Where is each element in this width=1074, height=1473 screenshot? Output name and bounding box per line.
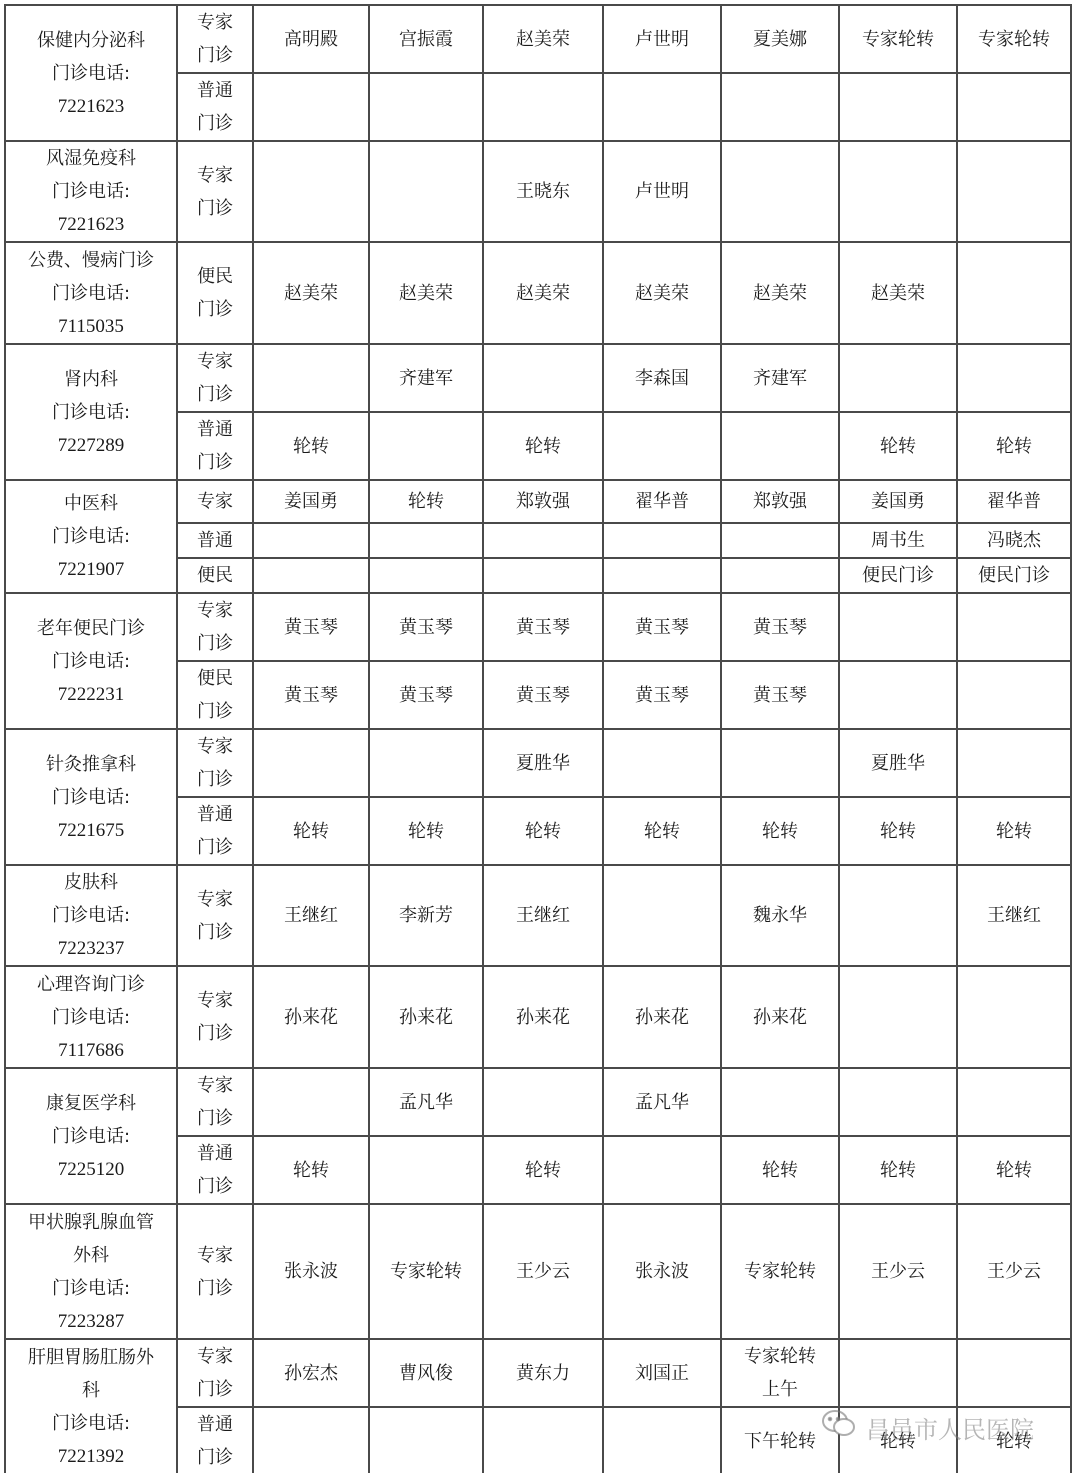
doctor-name: 上午 xyxy=(722,1373,838,1406)
doctor-name: 曹风俊 xyxy=(399,1363,453,1384)
clinic-type-label: 普通 xyxy=(178,798,252,831)
table-row: 肾内科门诊电话:7227289专家门诊齐建军李森国齐建军 xyxy=(5,344,1071,412)
department-name: 公费、慢病门诊 xyxy=(6,244,176,277)
phone-number: 7115035 xyxy=(6,310,176,343)
department-cell: 老年便民门诊门诊电话:7222231 xyxy=(5,593,177,729)
schedule-cell: 轮转 xyxy=(839,797,957,865)
doctor-name: 张永波 xyxy=(284,1261,338,1282)
doctor-name: 孙来花 xyxy=(635,1007,689,1028)
department-cell: 心理咨询门诊门诊电话:7117686 xyxy=(5,966,177,1068)
schedule-cell: 黄玉琴 xyxy=(483,593,603,661)
schedule-cell: 轮转 xyxy=(957,797,1071,865)
doctor-name: 姜国勇 xyxy=(871,491,925,512)
schedule-cell xyxy=(253,523,369,558)
schedule-cell xyxy=(839,344,957,412)
doctor-name: 卢世明 xyxy=(635,29,689,50)
clinic-type-label: 门诊 xyxy=(178,293,252,326)
schedule-cell: 轮转 xyxy=(369,480,483,523)
schedule-cell: 下午轮转 xyxy=(721,1407,839,1473)
schedule-cell xyxy=(957,73,1071,141)
schedule-cell: 黄玉琴 xyxy=(483,661,603,729)
schedule-cell xyxy=(839,73,957,141)
department-name: 针灸推拿科 xyxy=(6,748,176,781)
doctor-name: 夏美娜 xyxy=(753,29,807,50)
doctor-name: 赵美荣 xyxy=(516,29,570,50)
schedule-cell: 赵美荣 xyxy=(253,242,369,344)
doctor-name: 黄玉琴 xyxy=(753,617,807,638)
schedule-cell: 王继红 xyxy=(253,865,369,966)
doctor-name: 李森国 xyxy=(635,368,689,389)
clinic-type-cell: 专家门诊 xyxy=(177,1204,253,1339)
doctor-name: 孙宏杰 xyxy=(284,1363,338,1384)
phone-label: 门诊电话: xyxy=(6,645,176,678)
doctor-name: 赵美荣 xyxy=(399,283,453,304)
clinic-type-label: 门诊 xyxy=(178,1441,252,1473)
department-name: 心理咨询门诊 xyxy=(6,968,176,1001)
clinic-type-label: 便民 xyxy=(178,662,252,695)
schedule-cell: 轮转 xyxy=(253,412,369,480)
clinic-type-label: 门诊 xyxy=(178,1102,252,1135)
clinic-type-label: 专家 xyxy=(178,1069,252,1102)
clinic-type-cell: 便民门诊 xyxy=(177,661,253,729)
table-row: 公费、慢病门诊门诊电话:7115035便民门诊赵美荣赵美荣赵美荣赵美荣赵美荣赵美… xyxy=(5,242,1071,344)
clinic-type-label: 门诊 xyxy=(178,1170,252,1203)
department-cell: 康复医学科门诊电话:7225120 xyxy=(5,1068,177,1204)
schedule-cell xyxy=(957,1339,1071,1407)
schedule-cell xyxy=(721,558,839,593)
schedule-cell xyxy=(839,1339,957,1407)
doctor-name: 轮转 xyxy=(996,1431,1032,1452)
schedule-cell: 赵美荣 xyxy=(721,242,839,344)
schedule-cell xyxy=(369,1136,483,1204)
schedule-cell xyxy=(253,1407,369,1473)
schedule-cell: 便民门诊 xyxy=(957,558,1071,593)
doctor-name: 轮转 xyxy=(996,436,1032,457)
schedule-cell xyxy=(839,141,957,242)
schedule-cell xyxy=(253,729,369,797)
schedule-cell xyxy=(839,593,957,661)
schedule-cell xyxy=(603,865,721,966)
phone-number: 7223237 xyxy=(6,932,176,965)
schedule-cell: 李森国 xyxy=(603,344,721,412)
clinic-type-cell: 专家门诊 xyxy=(177,344,253,412)
schedule-cell xyxy=(603,729,721,797)
department-cell: 公费、慢病门诊门诊电话:7115035 xyxy=(5,242,177,344)
doctor-name: 李新芳 xyxy=(399,905,453,926)
department-cell: 中医科门诊电话:7221907 xyxy=(5,480,177,593)
doctor-name: 轮转 xyxy=(996,1160,1032,1181)
schedule-cell xyxy=(957,242,1071,344)
doctor-name: 轮转 xyxy=(762,821,798,842)
schedule-cell: 郑敦强 xyxy=(721,480,839,523)
doctor-name: 齐建军 xyxy=(399,368,453,389)
schedule-cell: 黄玉琴 xyxy=(603,593,721,661)
phone-label: 门诊电话: xyxy=(6,175,176,208)
clinic-type-cell: 普通门诊 xyxy=(177,1136,253,1204)
schedule-cell xyxy=(253,141,369,242)
schedule-cell: 赵美荣 xyxy=(483,242,603,344)
schedule-cell: 轮转 xyxy=(603,797,721,865)
doctor-name: 轮转 xyxy=(880,1431,916,1452)
schedule-cell: 轮转 xyxy=(483,1136,603,1204)
clinic-type-label: 门诊 xyxy=(178,446,252,479)
clinic-type-label: 普通 xyxy=(178,1408,252,1441)
clinic-type-cell: 普通 xyxy=(177,523,253,558)
schedule-cell: 轮转 xyxy=(253,1136,369,1204)
clinic-type-cell: 便民门诊 xyxy=(177,242,253,344)
clinic-type-label: 普通 xyxy=(178,74,252,107)
table-row: 针灸推拿科门诊电话:7221675专家门诊夏胜华夏胜华 xyxy=(5,729,1071,797)
schedule-cell: 黄玉琴 xyxy=(603,661,721,729)
schedule-cell: 冯晓杰 xyxy=(957,523,1071,558)
schedule-cell: 黄玉琴 xyxy=(253,661,369,729)
schedule-cell xyxy=(957,141,1071,242)
clinic-type-label: 门诊 xyxy=(178,378,252,411)
schedule-cell: 卢世明 xyxy=(603,5,721,73)
clinic-type-label: 专家 xyxy=(178,159,252,192)
table-row: 甲状腺乳腺血管外科门诊电话:7223287专家门诊张永波专家轮转王少云张永波专家… xyxy=(5,1204,1071,1339)
doctor-name: 王晓东 xyxy=(516,181,570,202)
doctor-name: 轮转 xyxy=(762,1160,798,1181)
clinic-type-cell: 专家门诊 xyxy=(177,593,253,661)
doctor-name: 轮转 xyxy=(293,436,329,457)
schedule-cell: 夏胜华 xyxy=(483,729,603,797)
schedule-cell: 王晓东 xyxy=(483,141,603,242)
schedule-cell: 宫振霞 xyxy=(369,5,483,73)
phone-label: 门诊电话: xyxy=(6,1407,176,1440)
schedule-cell xyxy=(603,73,721,141)
schedule-cell xyxy=(721,729,839,797)
schedule-cell: 黄玉琴 xyxy=(721,661,839,729)
schedule-cell: 轮转 xyxy=(721,797,839,865)
schedule-cell: 卢世明 xyxy=(603,141,721,242)
department-cell: 针灸推拿科门诊电话:7221675 xyxy=(5,729,177,865)
doctor-name: 黄东力 xyxy=(516,1363,570,1384)
schedule-cell: 魏永华 xyxy=(721,865,839,966)
phone-number: 7222231 xyxy=(6,678,176,711)
schedule-cell xyxy=(253,558,369,593)
doctor-name: 夏胜华 xyxy=(516,753,570,774)
schedule-cell: 翟华普 xyxy=(957,480,1071,523)
doctor-name: 孙来花 xyxy=(284,1007,338,1028)
schedule-cell xyxy=(839,865,957,966)
schedule-cell: 轮转 xyxy=(369,797,483,865)
schedule-cell: 专家轮转 xyxy=(369,1204,483,1339)
table-row: 老年便民门诊门诊电话:7222231专家门诊黄玉琴黄玉琴黄玉琴黄玉琴黄玉琴 xyxy=(5,593,1071,661)
schedule-cell xyxy=(483,1407,603,1473)
doctor-name: 孟凡华 xyxy=(635,1092,689,1113)
schedule-cell xyxy=(721,412,839,480)
schedule-cell: 专家轮转上午 xyxy=(721,1339,839,1407)
schedule-cell: 姜国勇 xyxy=(839,480,957,523)
phone-number: 7223287 xyxy=(6,1305,176,1338)
schedule-cell: 黄玉琴 xyxy=(369,661,483,729)
clinic-type-label: 专家 xyxy=(178,345,252,378)
doctor-name: 专家轮转 xyxy=(722,1340,838,1373)
schedule-cell xyxy=(721,141,839,242)
clinic-type-cell: 专家门诊 xyxy=(177,1339,253,1407)
schedule-cell: 轮转 xyxy=(839,1407,957,1473)
schedule-cell xyxy=(957,661,1071,729)
schedule-cell xyxy=(603,558,721,593)
schedule-cell xyxy=(369,558,483,593)
department-cell: 风湿免疫科门诊电话:7221623 xyxy=(5,141,177,242)
clinic-type-label: 门诊 xyxy=(178,1272,252,1305)
schedule-cell: 轮转 xyxy=(957,1136,1071,1204)
department-name: 甲状腺乳腺血管 xyxy=(6,1206,176,1239)
schedule-cell xyxy=(483,73,603,141)
phone-label: 门诊电话: xyxy=(6,57,176,90)
phone-number: 7225120 xyxy=(6,1153,176,1186)
clinic-type-cell: 普通门诊 xyxy=(177,797,253,865)
schedule-cell: 轮转 xyxy=(483,797,603,865)
schedule-cell: 黄玉琴 xyxy=(721,593,839,661)
schedule-cell xyxy=(957,344,1071,412)
schedule-cell: 郑敦强 xyxy=(483,480,603,523)
doctor-name: 赵美荣 xyxy=(753,283,807,304)
clinic-type-label: 门诊 xyxy=(178,763,252,796)
schedule-cell: 王继红 xyxy=(957,865,1071,966)
schedule-cell xyxy=(369,1407,483,1473)
doctor-name: 黄玉琴 xyxy=(753,685,807,706)
clinic-type-label: 门诊 xyxy=(178,916,252,949)
schedule-cell: 孙来花 xyxy=(721,966,839,1068)
department-name: 风湿免疫科 xyxy=(6,142,176,175)
phone-number: 7117686 xyxy=(6,1034,176,1067)
doctor-name: 轮转 xyxy=(880,436,916,457)
schedule-cell xyxy=(603,412,721,480)
doctor-name: 黄玉琴 xyxy=(284,685,338,706)
doctor-name: 黄玉琴 xyxy=(516,617,570,638)
department-name: 康复医学科 xyxy=(6,1087,176,1120)
clinic-type-label: 门诊 xyxy=(178,39,252,72)
doctor-name: 王继红 xyxy=(516,905,570,926)
schedule-cell xyxy=(369,73,483,141)
department-name: 皮肤科 xyxy=(6,866,176,899)
department-name: 肝胆胃肠肛肠外 xyxy=(6,1341,176,1374)
schedule-cell xyxy=(483,1068,603,1136)
doctor-name: 黄玉琴 xyxy=(635,685,689,706)
doctor-name: 齐建军 xyxy=(753,368,807,389)
doctor-name: 高明殿 xyxy=(284,29,338,50)
doctor-name: 专家轮转 xyxy=(862,29,934,50)
schedule-cell: 孙来花 xyxy=(369,966,483,1068)
phone-number: 7227289 xyxy=(6,429,176,462)
schedule-cell xyxy=(369,729,483,797)
doctor-name: 夏胜华 xyxy=(871,753,925,774)
phone-number: 7221623 xyxy=(6,208,176,241)
schedule-cell: 黄玉琴 xyxy=(369,593,483,661)
doctor-name: 赵美荣 xyxy=(635,283,689,304)
schedule-cell: 张永波 xyxy=(603,1204,721,1339)
clinic-type-label: 门诊 xyxy=(178,192,252,225)
department-cell: 皮肤科门诊电话:7223237 xyxy=(5,865,177,966)
clinic-type-label: 便民 xyxy=(178,260,252,293)
doctor-name: 王继红 xyxy=(284,905,338,926)
schedule-cell: 赵美荣 xyxy=(839,242,957,344)
doctor-name: 魏永华 xyxy=(753,905,807,926)
phone-label: 门诊电话: xyxy=(6,1001,176,1034)
clinic-type-cell: 专家门诊 xyxy=(177,1068,253,1136)
schedule-cell xyxy=(603,523,721,558)
clinic-type-label: 专家 xyxy=(178,1340,252,1373)
schedule-cell: 孙来花 xyxy=(603,966,721,1068)
clinic-type-label: 便民 xyxy=(178,559,252,592)
schedule-cell: 高明殿 xyxy=(253,5,369,73)
doctor-name: 黄玉琴 xyxy=(284,617,338,638)
schedule-cell: 赵美荣 xyxy=(603,242,721,344)
clinic-type-cell: 普通门诊 xyxy=(177,1407,253,1473)
schedule-cell: 刘国正 xyxy=(603,1339,721,1407)
schedule-cell xyxy=(957,1068,1071,1136)
schedule-cell: 王少云 xyxy=(839,1204,957,1339)
department-name: 中医科 xyxy=(6,487,176,520)
phone-number: 7221392 xyxy=(6,1440,176,1473)
doctor-name: 便民门诊 xyxy=(862,565,934,586)
schedule-cell xyxy=(483,344,603,412)
schedule-cell: 孙来花 xyxy=(253,966,369,1068)
schedule-cell: 李新芳 xyxy=(369,865,483,966)
schedule-cell xyxy=(839,966,957,1068)
schedule-cell: 轮转 xyxy=(483,412,603,480)
schedule-cell: 周书生 xyxy=(839,523,957,558)
schedule-cell xyxy=(253,1068,369,1136)
department-cell: 甲状腺乳腺血管外科门诊电话:7223287 xyxy=(5,1204,177,1339)
phone-number: 7221675 xyxy=(6,814,176,847)
doctor-name: 轮转 xyxy=(408,491,444,512)
clinic-type-label: 普通 xyxy=(178,1137,252,1170)
schedule-cell xyxy=(369,523,483,558)
doctor-name: 周书生 xyxy=(871,530,925,551)
doctor-name: 轮转 xyxy=(644,821,680,842)
schedule-cell: 齐建军 xyxy=(369,344,483,412)
schedule-cell xyxy=(369,412,483,480)
schedule-cell: 赵美荣 xyxy=(369,242,483,344)
doctor-name: 便民门诊 xyxy=(978,565,1050,586)
doctor-name: 轮转 xyxy=(525,436,561,457)
doctor-name: 轮转 xyxy=(525,821,561,842)
phone-label: 门诊电话: xyxy=(6,396,176,429)
table-row: 康复医学科门诊电话:7225120专家门诊孟凡华孟凡华 xyxy=(5,1068,1071,1136)
schedule-cell: 专家轮转 xyxy=(957,5,1071,73)
schedule-cell xyxy=(957,593,1071,661)
schedule-cell: 孟凡华 xyxy=(603,1068,721,1136)
clinic-type-label: 专家 xyxy=(178,883,252,916)
schedule-cell xyxy=(957,729,1071,797)
doctor-name: 轮转 xyxy=(408,821,444,842)
clinic-type-label: 普通 xyxy=(178,524,252,557)
table-row: 肝胆胃肠肛肠外科门诊电话:7221392专家门诊孙宏杰曹风俊黄东力刘国正专家轮转… xyxy=(5,1339,1071,1407)
table-row: 皮肤科门诊电话:7223237专家门诊王继红李新芳王继红魏永华王继红 xyxy=(5,865,1071,966)
schedule-cell xyxy=(957,966,1071,1068)
schedule-cell: 孟凡华 xyxy=(369,1068,483,1136)
clinic-type-label: 门诊 xyxy=(178,695,252,728)
schedule-cell xyxy=(603,1136,721,1204)
doctor-name: 轮转 xyxy=(880,821,916,842)
clinic-type-cell: 普通门诊 xyxy=(177,73,253,141)
schedule-cell: 王少云 xyxy=(957,1204,1071,1339)
clinic-type-cell: 专家 xyxy=(177,480,253,523)
doctor-name: 黄玉琴 xyxy=(516,685,570,706)
doctor-name: 张永波 xyxy=(635,1261,689,1282)
clinic-type-label: 门诊 xyxy=(178,107,252,140)
schedule-cell xyxy=(483,558,603,593)
doctor-name: 郑敦强 xyxy=(516,491,570,512)
clinic-type-label: 专家 xyxy=(178,984,252,1017)
doctor-name: 姜国勇 xyxy=(284,491,338,512)
department-cell: 肝胆胃肠肛肠外科门诊电话:7221392 xyxy=(5,1339,177,1473)
phone-label: 门诊电话: xyxy=(6,899,176,932)
phone-number: 7221623 xyxy=(6,90,176,123)
schedule-cell: 黄东力 xyxy=(483,1339,603,1407)
doctor-name: 轮转 xyxy=(525,1160,561,1181)
doctor-name: 郑敦强 xyxy=(753,491,807,512)
clinic-type-label: 门诊 xyxy=(178,627,252,660)
schedule-cell xyxy=(603,1407,721,1473)
department-name: 肾内科 xyxy=(6,363,176,396)
schedule-cell xyxy=(721,73,839,141)
phone-label: 门诊电话: xyxy=(6,277,176,310)
department-cell: 保健内分泌科门诊电话:7221623 xyxy=(5,5,177,141)
phone-label: 门诊电话: xyxy=(6,520,176,553)
doctor-name: 孙来花 xyxy=(399,1007,453,1028)
doctor-name: 专家轮转 xyxy=(390,1261,462,1282)
schedule-cell: 轮转 xyxy=(957,1407,1071,1473)
schedule-cell xyxy=(721,1068,839,1136)
schedule-cell xyxy=(369,141,483,242)
schedule-cell: 孙来花 xyxy=(483,966,603,1068)
phone-number: 7221907 xyxy=(6,553,176,586)
schedule-cell xyxy=(839,1068,957,1136)
doctor-name: 孙来花 xyxy=(516,1007,570,1028)
doctor-name: 赵美荣 xyxy=(516,283,570,304)
doctor-name: 王继红 xyxy=(987,905,1041,926)
doctor-name: 黄玉琴 xyxy=(399,617,453,638)
schedule-cell: 专家轮转 xyxy=(721,1204,839,1339)
schedule-cell: 专家轮转 xyxy=(839,5,957,73)
doctor-name: 赵美荣 xyxy=(871,283,925,304)
schedule-cell: 曹风俊 xyxy=(369,1339,483,1407)
doctor-name: 下午轮转 xyxy=(744,1431,816,1452)
doctor-name: 翟华普 xyxy=(635,491,689,512)
schedule-cell: 姜国勇 xyxy=(253,480,369,523)
schedule-cell: 轮转 xyxy=(839,412,957,480)
doctor-name: 黄玉琴 xyxy=(399,685,453,706)
table-row: 中医科门诊电话:7221907专家姜国勇轮转郑敦强翟华普郑敦强姜国勇翟华普 xyxy=(5,480,1071,523)
doctor-name: 冯晓杰 xyxy=(987,530,1041,551)
clinic-type-cell: 专家门诊 xyxy=(177,865,253,966)
schedule-cell xyxy=(483,523,603,558)
schedule-cell: 孙宏杰 xyxy=(253,1339,369,1407)
doctor-name: 轮转 xyxy=(996,821,1032,842)
doctor-name: 专家轮转 xyxy=(744,1261,816,1282)
schedule-cell xyxy=(253,73,369,141)
schedule-cell: 夏胜华 xyxy=(839,729,957,797)
schedule-cell: 齐建军 xyxy=(721,344,839,412)
doctor-name: 王少云 xyxy=(516,1261,570,1282)
phone-label: 门诊电话: xyxy=(6,781,176,814)
schedule-cell: 黄玉琴 xyxy=(253,593,369,661)
clinic-type-label: 普通 xyxy=(178,413,252,446)
schedule-cell: 王少云 xyxy=(483,1204,603,1339)
clinic-type-label: 专家 xyxy=(178,594,252,627)
schedule-cell xyxy=(839,661,957,729)
schedule-cell: 夏美娜 xyxy=(721,5,839,73)
schedule-cell: 翟华普 xyxy=(603,480,721,523)
phone-label: 门诊电话: xyxy=(6,1272,176,1305)
clinic-type-label: 门诊 xyxy=(178,1017,252,1050)
outpatient-schedule-table: 保健内分泌科门诊电话:7221623专家门诊高明殿宫振霞赵美荣卢世明夏美娜专家轮… xyxy=(4,4,1072,1473)
